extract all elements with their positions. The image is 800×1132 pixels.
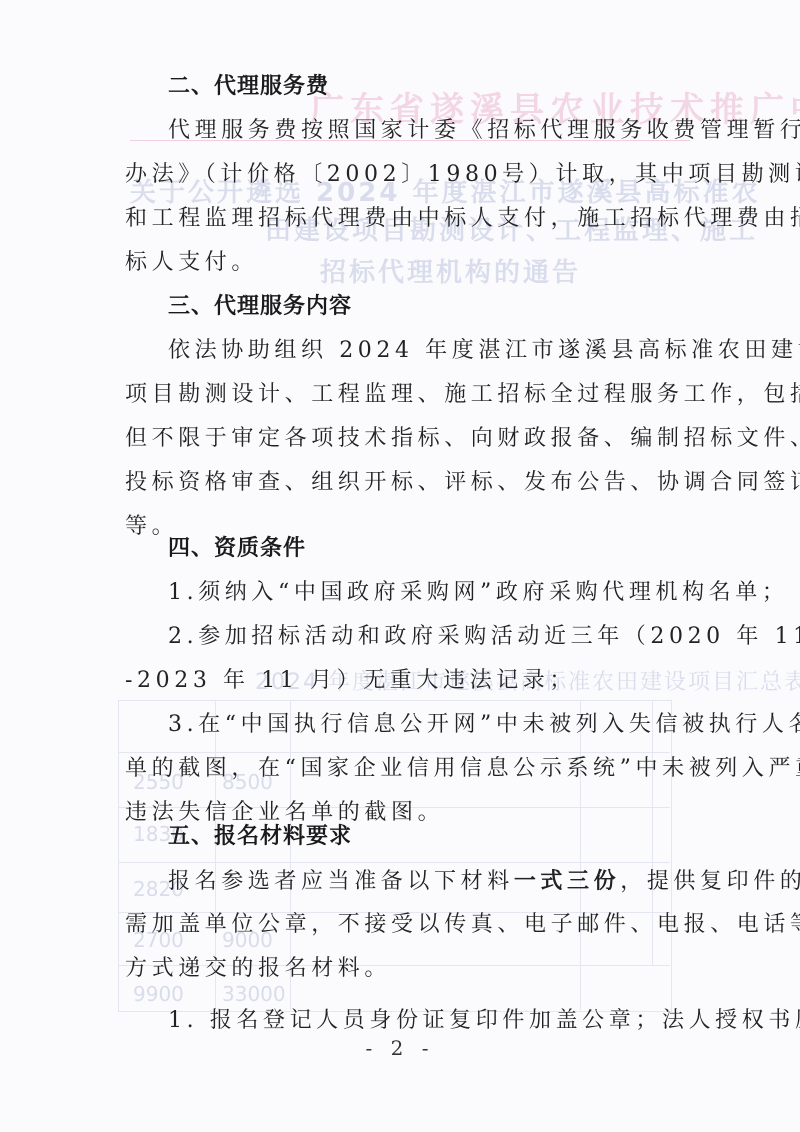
section-heading-service-content: 三、代理服务内容: [168, 292, 352, 322]
bleed-table-rule: [118, 862, 670, 863]
paragraph-line: 依法协助组织 2024 年度湛江市遂溪县高标准农田建设: [168, 336, 800, 366]
paragraph-line: 报名参选者应当准备以下材料一式三份，提供复印件的: [168, 866, 800, 897]
paragraph-line: 投标资格审查、组织开标、评标、发布公告、协调合同签订: [125, 468, 800, 498]
text-span: 报名参选者应当准备以下材料: [168, 869, 514, 894]
emphasis-three-copies: 一式三份: [514, 868, 620, 894]
paragraph-line: 项目勘测设计、工程监理、施工招标全过程服务工作，包括: [125, 380, 800, 410]
paragraph-line: 但不限于审定各项技术指标、向财政报备、编制招标文件、: [125, 424, 800, 454]
bleed-title-line-3: 招标代理机构的通告: [320, 252, 581, 289]
paragraph-line: 1. 报名登记人员身份证复印件加盖公章；法人授权书原: [168, 1006, 800, 1036]
paragraph-line: 3.在“中国执行信息公开网”中未被列入失信被执行人名: [168, 710, 800, 740]
bleed-table-rule: [118, 752, 670, 753]
section-heading-qualifications: 四、资质条件: [168, 534, 306, 564]
paragraph-line: 和工程监理招标代理费由中标人支付，施工招标代理费由招: [125, 204, 800, 234]
paragraph-line: 2.参加招标活动和政府采购活动近三年（2020 年 11 月: [168, 622, 800, 652]
paragraph-line: 代理服务费按照国家计委《招标代理服务收费管理暂行: [168, 116, 800, 146]
page-number: - 2 -: [0, 1036, 800, 1060]
bleed-cell: 33000: [222, 982, 286, 1006]
paragraph-line: 1.须纳入“中国政府采购网”政府采购代理机构名单；: [168, 578, 789, 608]
paragraph-line: 方式递交的报名材料。: [125, 954, 391, 984]
document-page: 广东省遂溪县农业技术推广中心 关于公开遴选 2024 年度湛江市遂溪县高标准农 …: [0, 0, 800, 1132]
section-heading-registration-materials: 五、报名材料要求: [168, 822, 352, 852]
paragraph-line: 标人支付。: [125, 248, 258, 278]
paragraph-line: 办法》（计价格〔2002〕1980号）计取，其中项目勘测设计: [125, 160, 800, 190]
bleed-cell: 9900: [133, 982, 184, 1006]
paragraph-line: 单的截图，在“国家企业信用信息公示系统”中未被列入严重: [125, 754, 800, 784]
paragraph-line: -2023 年 11 月）无重大违法记录；: [125, 666, 576, 696]
paragraph-line: 需加盖单位公章，不接受以传真、电子邮件、电报、电话等: [125, 910, 800, 940]
bleed-table-col: [580, 700, 581, 1010]
section-heading-agency-fee: 二、代理服务费: [168, 72, 329, 102]
text-span: ，提供复印件的: [620, 869, 800, 894]
